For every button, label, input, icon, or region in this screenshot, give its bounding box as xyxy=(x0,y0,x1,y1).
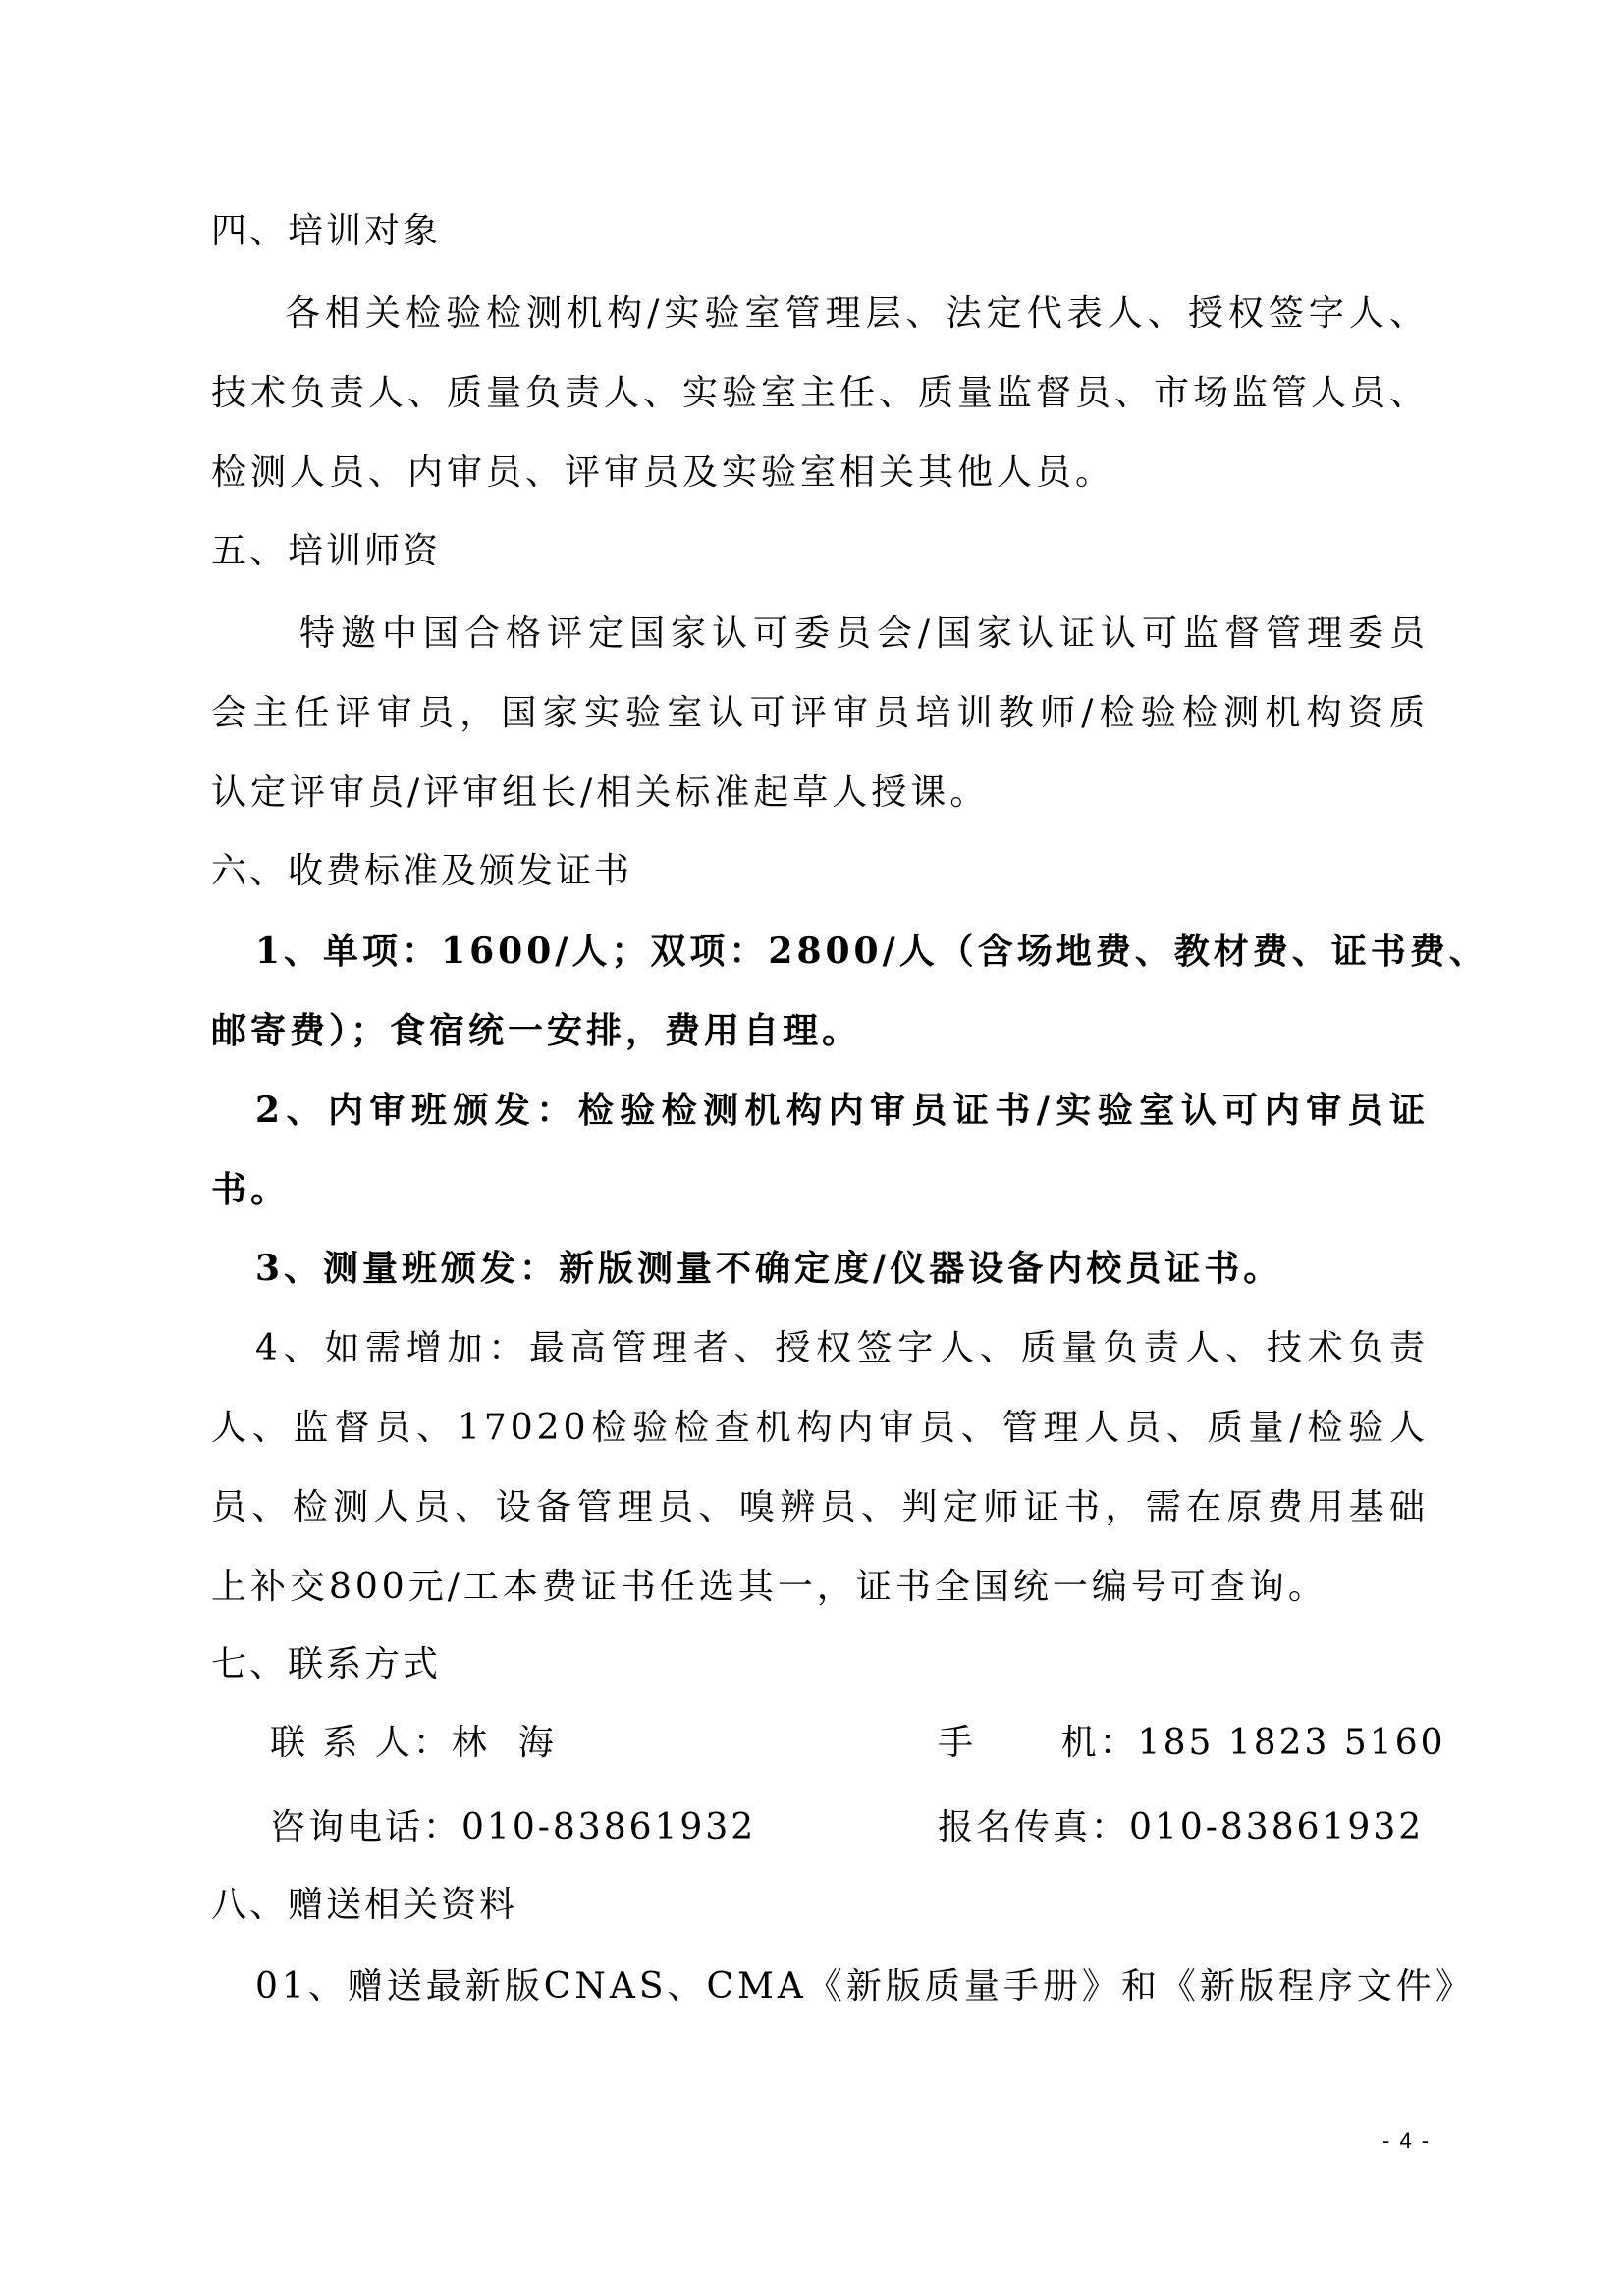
contact-person-name: 林 海 xyxy=(452,1723,557,1763)
document-page: 四、培训对象 各相关检验检测机构/实验室管理层、法定代表人、授权签字人、 技术负… xyxy=(0,0,1624,2296)
fax-number: 010-83861932 xyxy=(1129,1807,1424,1847)
fee-item-2: 2、内审班颁发：检验检测机构内审员证书/实验室认可内审员证 xyxy=(255,1087,1429,1134)
fee-item-2-cont: 书。 xyxy=(211,1166,1429,1213)
phone-number: 010-83861932 xyxy=(461,1807,756,1847)
fee-item-4-cont: 上补交800元/工本费证书任选其一，证书全国统一编号可查询。 xyxy=(211,1564,1429,1611)
fax-row: 报名传真：010-83861932 xyxy=(938,1804,1424,1851)
section-heading-fees-certificates: 六、收费标准及颁发证书 xyxy=(211,848,1429,895)
section-heading-contact: 七、联系方式 xyxy=(211,1641,1429,1688)
paragraph-line: 特邀中国合格评定国家认可委员会/国家认证认可监督管理委员 xyxy=(299,611,1429,658)
fee-item-3: 3、测量班颁发：新版测量不确定度/仪器设备内校员证书。 xyxy=(255,1245,1473,1292)
fee-item-1-cont: 邮寄费）；食宿统一安排，费用自理。 xyxy=(211,1007,1429,1054)
fee-item-4-cont: 员、检测人员、设备管理员、嗅辨员、判定师证书，需在原费用基础 xyxy=(211,1484,1429,1531)
paragraph-line: 会主任评审员，国家实验室认可评审员培训教师/检验检测机构资质 xyxy=(211,690,1429,737)
fax-label: 报名传真： xyxy=(938,1807,1129,1847)
paragraph-line: 各相关检验检测机构/实验室管理层、法定代表人、授权签字人、 xyxy=(285,291,1429,338)
mobile-row: 手 机：185 1823 5160 xyxy=(938,1720,1446,1767)
section-heading-training-targets: 四、培训对象 xyxy=(211,208,1429,255)
section-heading-gift-materials: 八、赠送相关资料 xyxy=(211,1882,1429,1929)
paragraph-line: 检测人员、内审员、评审员及实验室相关其他人员。 xyxy=(211,450,1429,497)
paragraph-line: 认定评审员/评审组长/相关标准起草人授课。 xyxy=(211,770,1429,817)
page-number: - 4 - xyxy=(1382,2128,1431,2154)
mobile-number: 185 1823 5160 xyxy=(1138,1723,1446,1763)
contact-person-label: 联 系 人： xyxy=(270,1723,452,1763)
contact-person-row: 联 系 人：林 海 xyxy=(270,1720,557,1767)
phone-label: 咨询电话： xyxy=(270,1807,461,1847)
section-heading-trainers: 五、培训师资 xyxy=(211,528,1429,575)
gift-item-1: 01、赠送最新版CNAS、CMA《新版质量手册》和《新版程序文件》 xyxy=(255,1963,1473,2010)
mobile-label: 手 机： xyxy=(938,1723,1138,1763)
fee-item-4-cont: 人、监督员、17020检验检查机构内审员、管理人员、质量/检验人 xyxy=(211,1405,1429,1452)
fee-item-4: 4、如需增加：最高管理者、授权签字人、质量负责人、技术负责 xyxy=(255,1325,1429,1372)
fee-item-1: 1、单项：1600/人；双项：2800/人（含场地费、教材费、证书费、 xyxy=(255,928,1429,975)
paragraph-line: 技术负责人、质量负责人、实验室主任、质量监督员、市场监管人员、 xyxy=(211,370,1429,417)
phone-row: 咨询电话：010-83861932 xyxy=(270,1804,756,1851)
